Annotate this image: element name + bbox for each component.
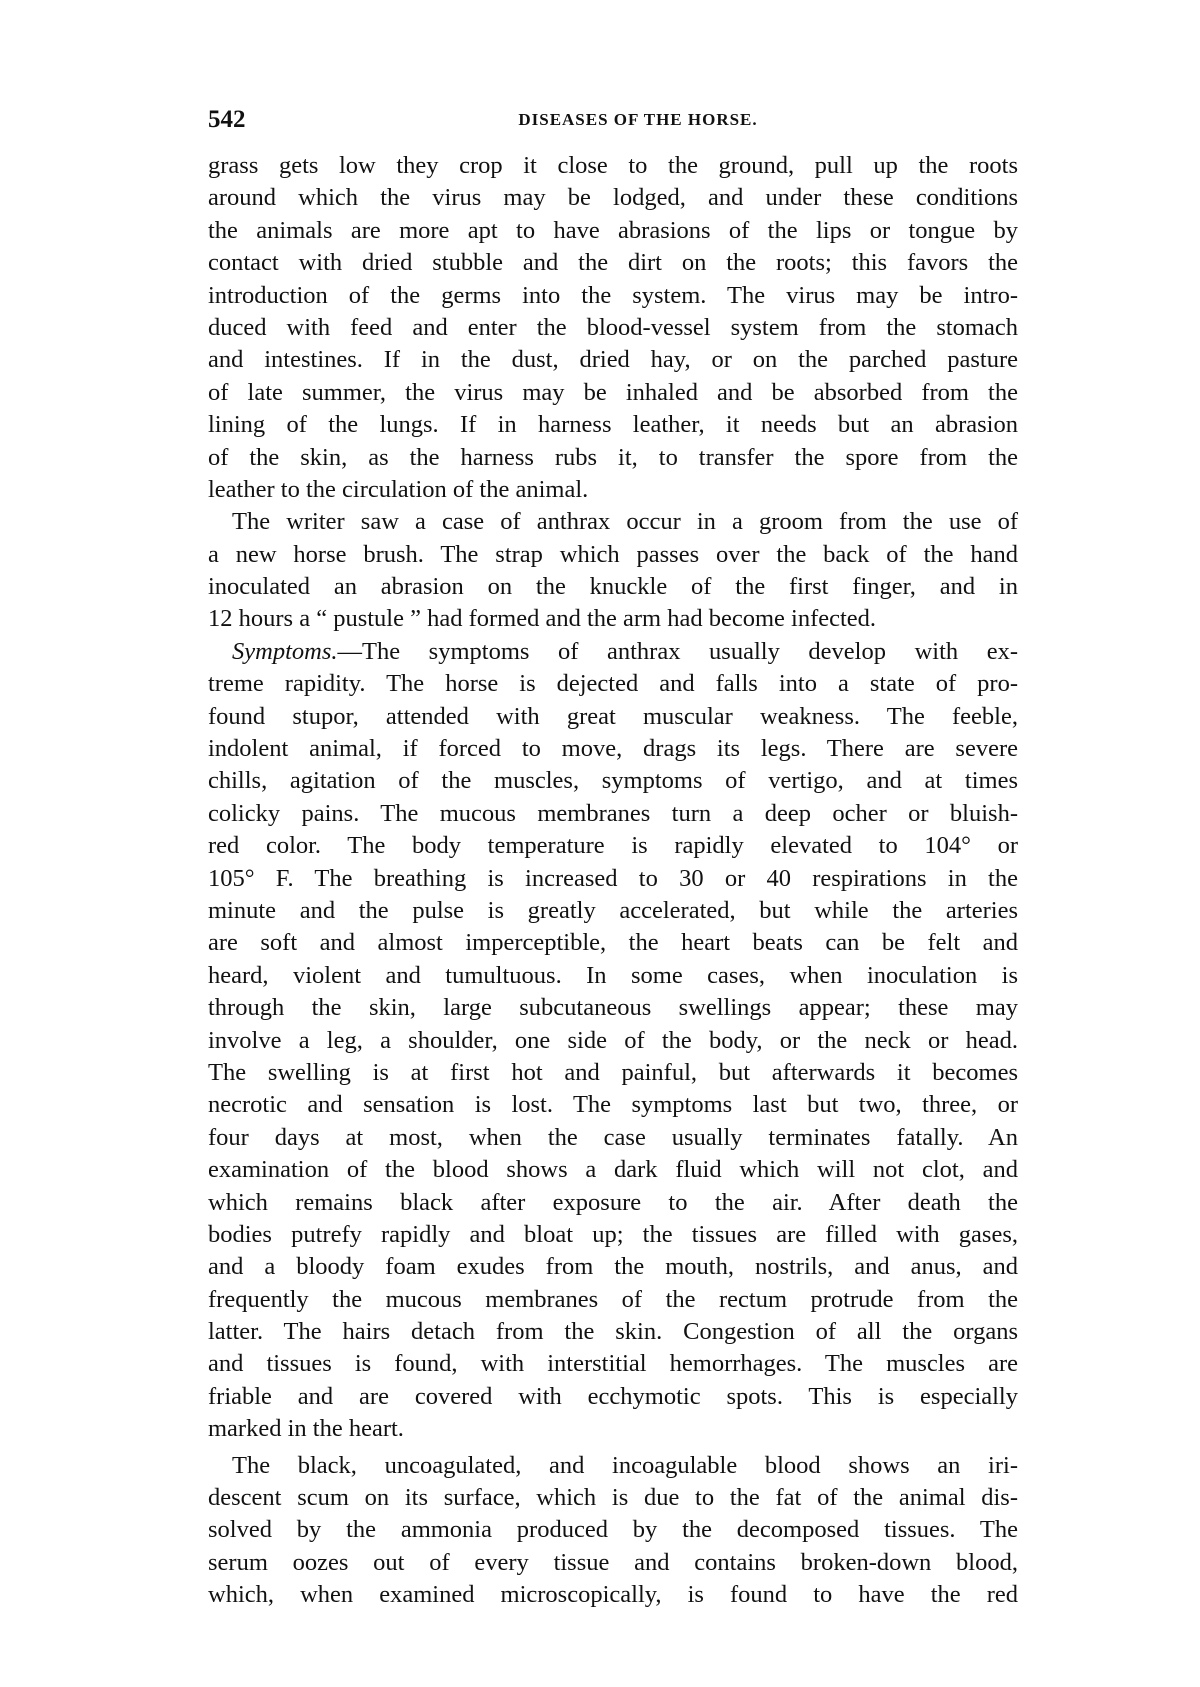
text-line: and tissues is found, with interstitial … [208, 1348, 1018, 1380]
text-span: —The symptoms of anthrax usually develop… [337, 638, 1018, 665]
paragraph: The writer saw a case of anthrax occur i… [208, 506, 1018, 636]
text-line: which, when examined microscopically, is… [208, 1579, 1018, 1611]
text-line: grass gets low they crop it close to the… [208, 150, 1018, 182]
text-line: found stupor, attended with great muscul… [208, 701, 1018, 733]
text-line: marked in the heart. [208, 1413, 1018, 1445]
text-line: chills, agitation of the muscles, sympto… [208, 765, 1018, 797]
text-line: latter. The hairs detach from the skin. … [208, 1316, 1018, 1348]
text-line: descent scum on its surface, which is du… [208, 1482, 1018, 1514]
text-line: The swelling is at first hot and painful… [208, 1057, 1018, 1089]
paragraph-symptoms: Symptoms.—The symptoms of anthrax usuall… [208, 636, 1018, 1446]
paragraph: grass gets low they crop it close to the… [208, 150, 1018, 506]
text-line: friable and are covered with ecchymotic … [208, 1381, 1018, 1413]
text-line: a new horse brush. The strap which passe… [208, 539, 1018, 571]
text-line: of the skin, as the harness rubs it, to … [208, 442, 1018, 474]
text-line: duced with feed and enter the blood-vess… [208, 312, 1018, 344]
text-line: contact with dried stubble and the dirt … [208, 247, 1018, 279]
text-line: four days at most, when the case usually… [208, 1122, 1018, 1154]
text-line: treme rapidity. The horse is dejected an… [208, 668, 1018, 700]
book-page: 542 DISEASES OF THE HORSE. grass gets lo… [0, 0, 1200, 1687]
text-line: examination of the blood shows a dark fl… [208, 1154, 1018, 1186]
text-line: through the skin, large subcutaneous swe… [208, 992, 1018, 1024]
text-line: involve a leg, a shoulder, one side of t… [208, 1025, 1018, 1057]
paragraph: The black, uncoagulated, and incoagulabl… [208, 1450, 1018, 1612]
text-line: lining of the lungs. If in harness leath… [208, 409, 1018, 441]
text-line: and a bloody foam exudes from the mouth,… [208, 1251, 1018, 1283]
text-line: 105° F. The breathing is increased to 30… [208, 863, 1018, 895]
text-line: are soft and almost imperceptible, the h… [208, 927, 1018, 959]
text-line: 12 hours a “ pustule ” had formed and th… [208, 603, 1018, 635]
text-line: indolent animal, if forced to move, drag… [208, 733, 1018, 765]
body-text: grass gets low they crop it close to the… [208, 150, 1018, 1612]
text-line: solved by the ammonia produced by the de… [208, 1514, 1018, 1546]
text-line: minute and the pulse is greatly accelera… [208, 895, 1018, 927]
page-header: 542 DISEASES OF THE HORSE. [208, 106, 1068, 136]
running-title: DISEASES OF THE HORSE. [208, 110, 1068, 130]
text-line: of late summer, the virus may be inhaled… [208, 377, 1018, 409]
text-line: serum oozes out of every tissue and cont… [208, 1547, 1018, 1579]
text-line: bodies putrefy rapidly and bloat up; the… [208, 1219, 1018, 1251]
text-line: introduction of the germs into the syste… [208, 280, 1018, 312]
text-line: The black, uncoagulated, and incoagulabl… [208, 1450, 1018, 1482]
text-line: which remains black after exposure to th… [208, 1187, 1018, 1219]
text-line: frequently the mucous membranes of the r… [208, 1284, 1018, 1316]
text-line: necrotic and sensation is lost. The symp… [208, 1089, 1018, 1121]
text-line: leather to the circulation of the animal… [208, 474, 1018, 506]
text-line: colicky pains. The mucous membranes turn… [208, 798, 1018, 830]
text-line: around which the virus may be lodged, an… [208, 182, 1018, 214]
text-line: and intestines. If in the dust, dried ha… [208, 344, 1018, 376]
text-line: The writer saw a case of anthrax occur i… [208, 506, 1018, 538]
text-line: red color. The body temperature is rapid… [208, 830, 1018, 862]
text-line: inoculated an abrasion on the knuckle of… [208, 571, 1018, 603]
section-heading-symptoms: Symptoms. [232, 638, 337, 665]
text-line: heard, violent and tumultuous. In some c… [208, 960, 1018, 992]
text-line: the animals are more apt to have abrasio… [208, 215, 1018, 247]
text-line: Symptoms.—The symptoms of anthrax usuall… [208, 636, 1018, 668]
